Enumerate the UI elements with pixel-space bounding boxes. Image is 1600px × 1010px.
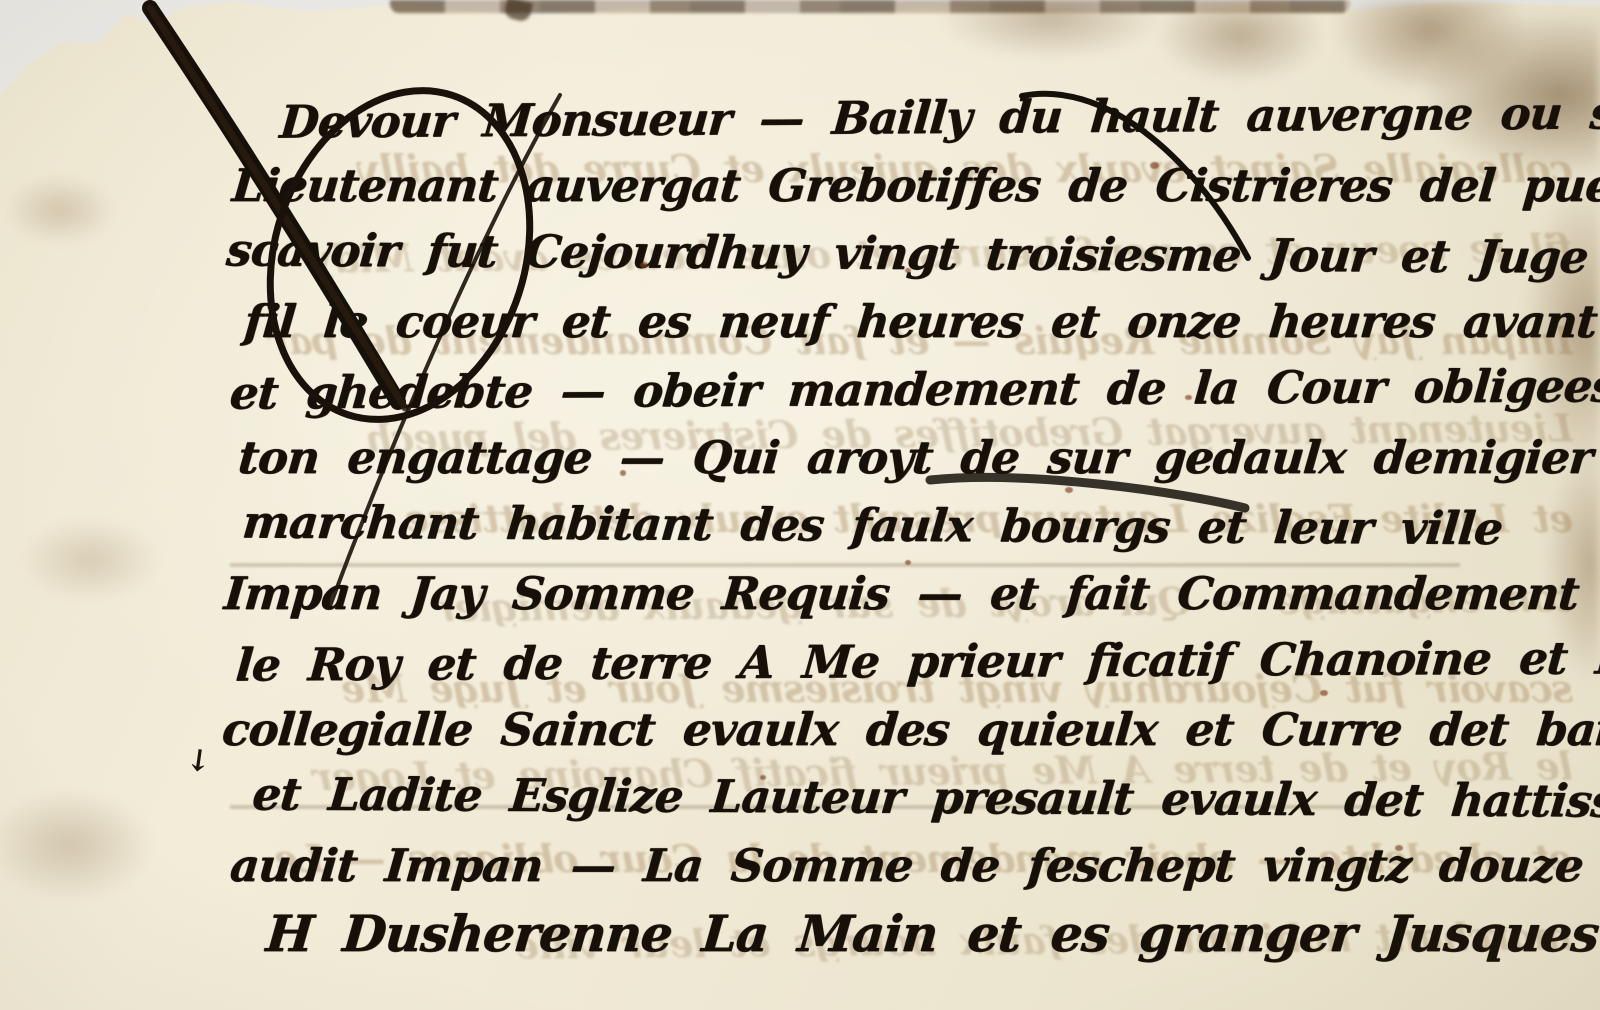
ink-speck [640, 262, 648, 268]
manuscript-line: marchant habitant des faulx bourgs et le… [239, 492, 1600, 567]
manuscript-line: le Roy et de terre A Me prieur ficatif C… [233, 628, 1600, 703]
manuscript-line: Impan Jay Somme Requis — et fait Command… [221, 564, 1600, 632]
manuscript-text-block: Devour Monsueur — Bailly du hault auverg… [0, 0, 1600, 972]
ink-speck [1395, 845, 1403, 851]
margin-arrow-mark: ↓ [184, 742, 214, 780]
ink-speck [905, 268, 911, 273]
manuscript-line: scavoir fut Cejourdhuy vingt troisiesme … [223, 220, 1600, 295]
manuscript-line: fil le coeur et es neuf heures et onze h… [241, 292, 1600, 360]
ink-speck [1185, 395, 1192, 400]
ink-speck [905, 560, 911, 565]
ink-speck [1065, 487, 1073, 493]
ink-speck [760, 775, 766, 780]
manuscript-line: audit Impan — La Somme de feschept vingt… [227, 836, 1600, 904]
ink-speck [1150, 162, 1159, 169]
scanned-document: collegialle Sainct evaulx des quieulx et… [0, 0, 1600, 1010]
manuscript-line: H Dusherenne La Main et es granger Jusqu… [263, 904, 1600, 972]
manuscript-line: et Ladite Esglize Lauteur presault evaul… [249, 764, 1600, 839]
ink-speck [620, 470, 626, 476]
manuscript-line: et ghedebte — obeir mandement de la Cour… [227, 356, 1600, 431]
manuscript-line: Lieutenant auvergat Grebotiffes de Cistr… [229, 156, 1600, 224]
manuscript-line: Devour Monsueur — Bailly du hault auverg… [277, 83, 1600, 160]
manuscript-line: ton engattage — Qui aroyt de sur gedaulx… [235, 428, 1600, 496]
ink-speck [1320, 690, 1328, 696]
manuscript-line: collegialle Sainct evaulx des quieulx et… [219, 700, 1600, 768]
